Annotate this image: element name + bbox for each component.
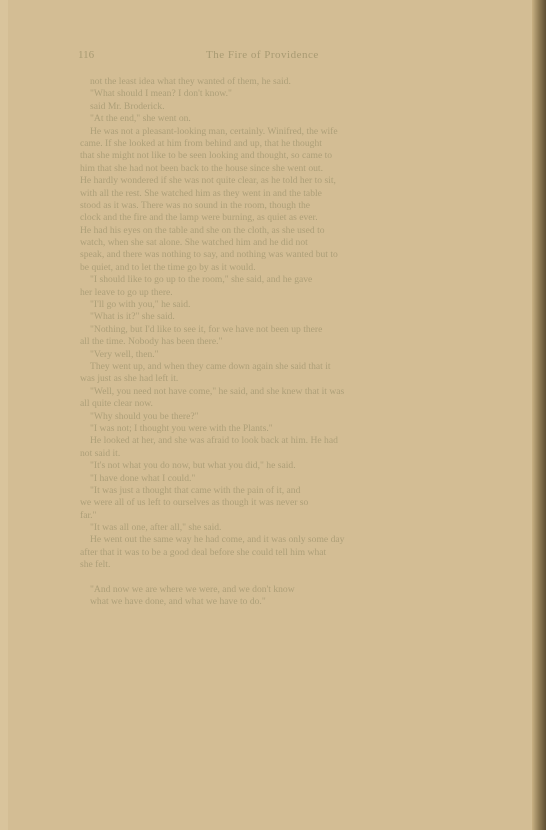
text-line: that she might not like to be seen looki…: [80, 150, 488, 162]
page-number: 116: [78, 49, 94, 61]
page-body-text: not the least idea what they wanted of t…: [80, 76, 488, 609]
text-line: she felt.: [80, 559, 488, 571]
text-line: all the time. Nobody has been there.": [80, 336, 488, 348]
text-line: "Well, you need not have come," he said,…: [80, 386, 488, 398]
text-line: He looked at her, and she was afraid to …: [80, 435, 488, 447]
text-line: after that it was to be a good deal befo…: [80, 547, 488, 559]
text-line: He went out the same way he had come, an…: [80, 534, 488, 546]
text-line: "What should I mean? I don't know.": [80, 88, 488, 100]
text-line: "Why should you be there?": [80, 411, 488, 423]
text-line: be quiet, and to let the time go by as i…: [80, 262, 488, 274]
text-line: speak, and there was nothing to say, and…: [80, 249, 488, 261]
text-line: stood as it was. There was no sound in t…: [80, 200, 488, 212]
text-line: "I was not; I thought you were with the …: [80, 423, 488, 435]
text-line: "At the end," she went on.: [80, 113, 488, 125]
text-line: all quite clear now.: [80, 398, 488, 410]
text-line: He was not a pleasant-looking man, certa…: [80, 126, 488, 138]
text-line: what we have done, and what we have to d…: [80, 596, 488, 608]
text-line: him that she had not been back to the ho…: [80, 163, 488, 175]
text-line: clock and the fire and the lamp were bur…: [80, 212, 488, 224]
text-line: "What is it?" she said.: [80, 311, 488, 323]
text-line: "Very well, then.": [80, 349, 488, 361]
text-line: with all the rest. She watched him as th…: [80, 188, 488, 200]
page-header: 116 The Fire of Providence: [78, 49, 488, 63]
text-line: "I'll go with you," he said.: [80, 299, 488, 311]
text-line: "It's not what you do now, but what you …: [80, 460, 488, 472]
text-line: "I should like to go up to the room," sh…: [80, 274, 488, 286]
book-page: 116 The Fire of Providence not the least…: [0, 0, 546, 830]
text-line: far.": [80, 510, 488, 522]
text-line: "I have done what I could.": [80, 473, 488, 485]
text-line: watch, when she sat alone. She watched h…: [80, 237, 488, 249]
text-line: came. If she looked at him from behind a…: [80, 138, 488, 150]
binding-gutter: [532, 0, 546, 830]
text-line: said Mr. Broderick.: [80, 101, 488, 113]
text-line: He had his eyes on the table and she on …: [80, 225, 488, 237]
text-line: we were all of us left to ourselves as t…: [80, 497, 488, 509]
page-left-edge: [0, 0, 8, 830]
text-line: They went up, and when they came down ag…: [80, 361, 488, 373]
text-line: her leave to go up there.: [80, 287, 488, 299]
text-line: not the least idea what they wanted of t…: [80, 76, 488, 88]
text-line: He hardly wondered if she was not quite …: [80, 175, 488, 187]
text-line: "It was just a thought that came with th…: [80, 485, 488, 497]
text-line: [80, 572, 488, 584]
text-line: "And now we are where we were, and we do…: [80, 584, 488, 596]
text-line: "Nothing, but I'd like to see it, for we…: [80, 324, 488, 336]
running-head: The Fire of Providence: [206, 49, 319, 61]
text-line: "It was all one, after all," she said.: [80, 522, 488, 534]
text-line: not said it.: [80, 448, 488, 460]
text-line: was just as she had left it.: [80, 373, 488, 385]
